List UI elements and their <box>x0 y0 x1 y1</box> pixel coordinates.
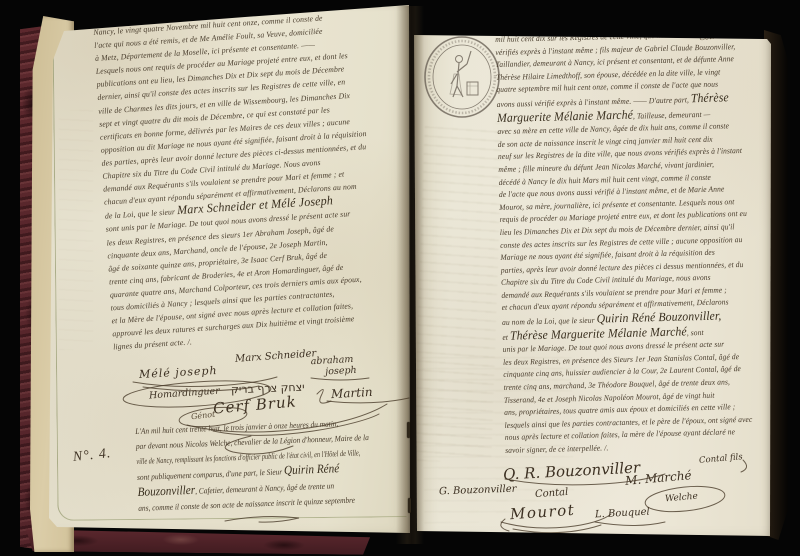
signature-mourot: Mourot <box>509 501 575 524</box>
signature-g-bouzonviller: G. Bouzonviller <box>439 484 517 498</box>
marriage-act-3-text: Nancy, le vingt quatre Novembre mil huit… <box>93 6 425 353</box>
binding-stitch <box>407 422 410 438</box>
book-cover-bottom-edge <box>26 529 370 555</box>
signature-l-bouquel: L. Bouquel <box>595 507 650 521</box>
ink-bleedthrough <box>413 121 503 464</box>
marriage-act-4-opening-text: L'An mil huit cent trente huit, le trois… <box>135 413 412 515</box>
right-page: Coté —— 5 mil huit cent dix sur les Regi… <box>413 22 771 538</box>
signature-welche: Welche <box>665 492 699 505</box>
signature-abraham-joseph: abrahamjoseph <box>310 354 356 378</box>
book-gutter <box>396 6 424 544</box>
groom-name: Quirin Réné <box>284 461 340 477</box>
official-seal-stamp <box>421 34 503 120</box>
groom-surname: Bouzonviller <box>137 483 195 499</box>
groom-name: Quirin Réné Bouzonviller, <box>596 309 721 326</box>
bride-name: Marguerite Mélanie Marché <box>497 107 633 124</box>
register-photo: Nancy, le vingt quatre Novembre mil huit… <box>0 0 800 556</box>
signature-cerf-bruk: Cerf Bruk <box>212 392 297 417</box>
signature-qr-bouzonviller: Q. R. Bouzonviller <box>503 458 641 483</box>
binding-stitch <box>408 498 411 513</box>
marriage-act-4-text: mil huit cent dix sur les Registres de c… <box>495 27 779 457</box>
signature-genot: Génot <box>191 410 216 421</box>
act-number-label: N°. 4. <box>72 446 112 466</box>
signature-mele-joseph: Mélé joseph <box>139 364 218 381</box>
bride-first-name: Thérèse <box>691 90 729 105</box>
signature-homardinguer: Homardinguer <box>149 386 220 402</box>
ink-bleedthrough <box>59 110 93 350</box>
signature-martin: Martin <box>331 385 373 401</box>
left-page: Nancy, le vingt quatre Novembre mil huit… <box>45 0 410 535</box>
signature-contal: Contal <box>535 487 569 500</box>
signature-marx-schneider: Marx Schneider <box>235 348 317 365</box>
signature-contal-fils: Contal fils <box>699 452 743 466</box>
